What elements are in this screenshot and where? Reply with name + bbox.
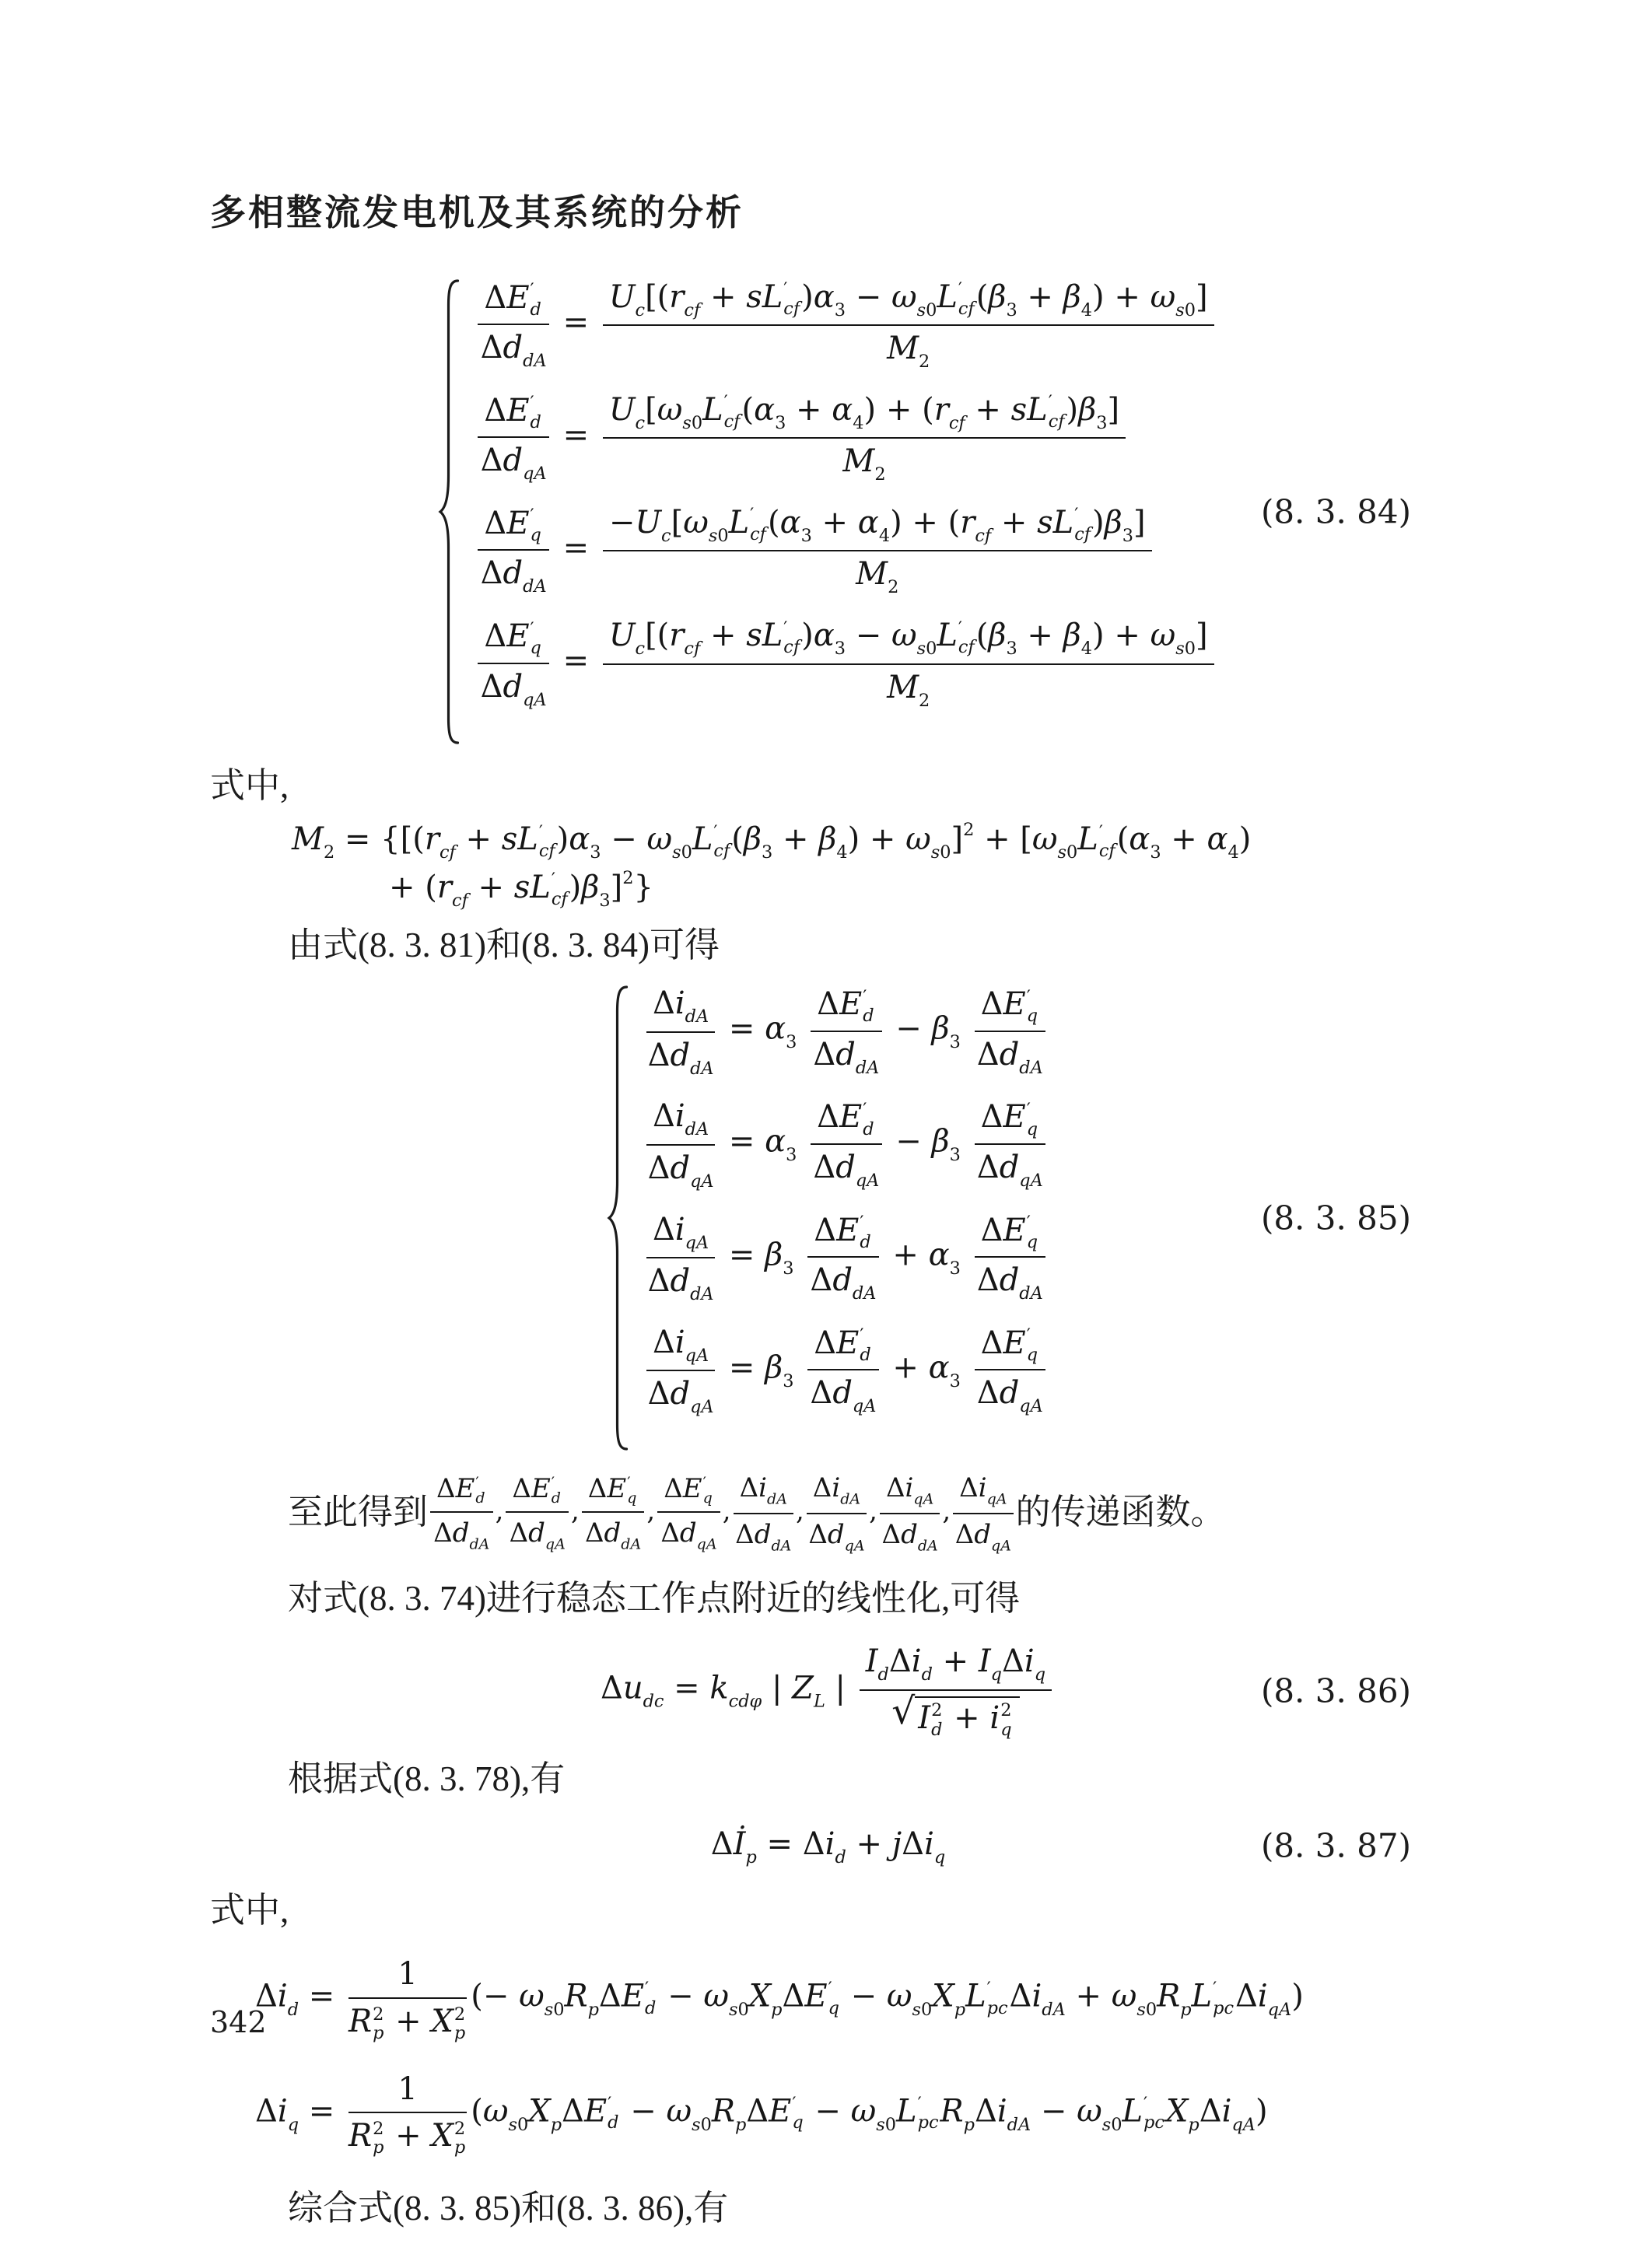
equation-row: ΔE′dΔddA = Uc[(rcf + sL′cf)α3 − ωs0L′cf(…	[474, 278, 1217, 371]
equation-8-3-86: Δudc = kcdφ | ZL | IdΔid + IqΔiq√I2d + i…	[210, 1643, 1446, 1738]
equation-system-body: ΔE′dΔddA = Uc[(rcf + sL′cf)α3 − ωs0L′cf(…	[438, 278, 1217, 745]
paragraph-where: 式中,	[210, 762, 1446, 810]
equation-system-8-3-85: ΔidAΔddA = α3 ΔE′dΔddA − β3 ΔE′qΔddA Δid…	[210, 985, 1446, 1451]
m2-definition-line1: M2 = {[(rcf + sL′cf)α3 − ωs0L′cf(β3 + β4…	[292, 820, 1446, 862]
book-page: 多相整流发电机及其系统的分析 ΔE′dΔddA = Uc[(rcf + sL′c…	[0, 0, 1625, 2268]
paragraph-where: 式中,	[210, 1887, 1446, 1934]
transfer-function-list: ΔE′dΔddA,ΔE′dΔdqA,ΔE′qΔddA,ΔE′qΔdqA,ΔidA…	[428, 1472, 1016, 1553]
equation-system-8-3-84: ΔE′dΔddA = Uc[(rcf + sL′cf)α3 − ωs0L′cf(…	[210, 278, 1446, 745]
left-curly-brace-icon	[607, 985, 630, 1451]
equation-row: ΔE′qΔddA = −Uc[ωs0L′cf(α3 + α4) + (rcf +…	[474, 504, 1155, 597]
equation-body: Δİp = Δid + jΔiq	[711, 1825, 945, 1867]
transfer-suffix-text: 的传递函数。	[1016, 1489, 1226, 1536]
transfer-prefix-text: 至此得到	[288, 1489, 428, 1536]
equation-body: Δudc = kcdφ | ZL | IdΔid + IqΔiq√I2d + i…	[601, 1643, 1056, 1738]
equation-8-3-87: Δİp = Δid + jΔiq (8. 3. 87)	[210, 1825, 1446, 1867]
equation-rows: ΔidAΔddA = α3 ΔE′dΔddA − β3 ΔE′qΔddA Δid…	[643, 985, 1049, 1451]
equation-row: ΔidAΔdqA = α3 ΔE′dΔdqA − β3 ΔE′qΔdqA	[643, 1097, 1049, 1190]
equation-rows: ΔE′dΔddA = Uc[(rcf + sL′cf)α3 − ωs0L′cf(…	[474, 278, 1217, 745]
paragraph-derive: 由式(8. 3. 81)和(8. 3. 84)可得	[288, 922, 1446, 969]
page-number: 342	[210, 2005, 267, 2039]
equation-label: (8. 3. 85)	[1261, 1199, 1411, 1237]
equation-row: ΔiqAΔdqA = β3 ΔE′dΔdqA + α3 ΔE′qΔdqA	[643, 1324, 1049, 1416]
equation-row: ΔE′dΔdqA = Uc[ωs0L′cf(α3 + α4) + (rcf + …	[474, 391, 1129, 484]
equation-system-body: ΔidAΔddA = α3 ΔE′dΔddA − β3 ΔE′qΔddA Δid…	[607, 985, 1049, 1451]
m2-definition-line2: + (rcf + sL′cf)β3]2}	[389, 868, 1446, 910]
left-curly-brace-icon	[438, 278, 461, 745]
running-header: 多相整流发电机及其系统的分析	[210, 191, 1446, 236]
paragraph-combine: 综合式(8. 3. 85)和(8. 3. 86),有	[288, 2185, 1446, 2232]
equation-label: (8. 3. 86)	[1261, 1671, 1411, 1710]
paragraph-linearize: 对式(8. 3. 74)进行稳态工作点附近的线性化,可得	[288, 1575, 1446, 1622]
equation-label: (8. 3. 87)	[1261, 1826, 1411, 1864]
equation-row: ΔE′qΔdqA = Uc[(rcf + sL′cf)α3 − ωs0L′cf(…	[474, 617, 1217, 709]
equation-label: (8. 3. 84)	[1261, 492, 1411, 530]
equation-row: ΔiqAΔddA = β3 ΔE′dΔddA + α3 ΔE′qΔddA	[643, 1211, 1049, 1304]
delta-id-equation: Δid = 1R2p + X2p(− ωs0RpΔE′d − ωs0XpΔE′q…	[255, 1955, 1446, 2042]
paragraph-according: 根据式(8. 3. 78),有	[288, 1755, 1446, 1803]
equation-row: ΔidAΔddA = α3 ΔE′dΔddA − β3 ΔE′qΔddA	[643, 985, 1049, 1077]
paragraph-transfer-functions: 至此得到 ΔE′dΔddA,ΔE′dΔdqA,ΔE′qΔddA,ΔE′qΔdqA…	[288, 1472, 1446, 1553]
delta-iq-equation: Δiq = 1R2p + X2p(ωs0XpΔE′d − ωs0RpΔE′q −…	[255, 2070, 1446, 2157]
